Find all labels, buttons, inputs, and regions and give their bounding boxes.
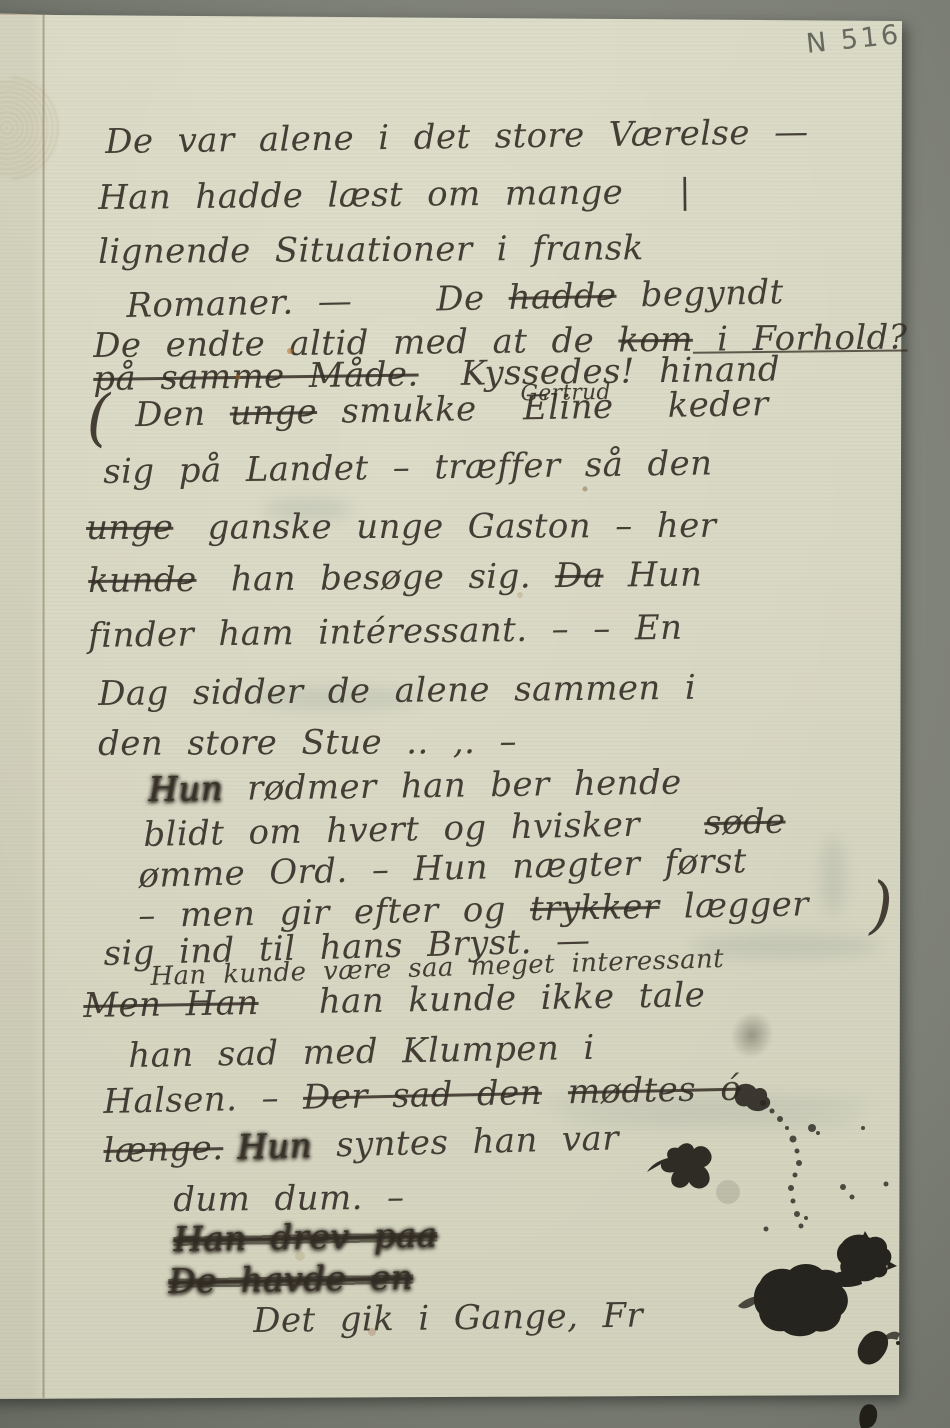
crossed-out-text: Da xyxy=(555,556,604,597)
manuscript-line: Romaner. — De hadde begyndt xyxy=(126,272,784,326)
handwriting-text: Den xyxy=(111,393,231,435)
manuscript-line: Hun rødmer han ber hende xyxy=(148,763,682,810)
crossed-out-text: hadde xyxy=(508,276,617,318)
handwriting-text: Han hadde læst om mange xyxy=(98,173,623,218)
handwriting-text: lignende Situationer i fransk xyxy=(98,228,644,272)
crossed-out-text: Men Han xyxy=(83,983,259,1026)
crossed-out-text: unge xyxy=(229,392,317,434)
manuscript-line: Det gik i Gange, Fr xyxy=(253,1296,643,1341)
crossed-out-text: længe. xyxy=(103,1128,224,1171)
handwriting-text: Hun xyxy=(148,769,223,810)
handwriting-text: finder ham intéressant. – – En xyxy=(88,608,683,656)
manuscript-line: Han hadde læst om mange| xyxy=(98,172,691,218)
manuscript-line: sig på Landet – træffer så den xyxy=(103,443,713,492)
handwriting-text: | xyxy=(679,172,691,212)
handwriting-text: ( xyxy=(86,381,112,454)
manuscript-line: Dag sidder de alene sammen i xyxy=(98,668,696,714)
handwriting-text: Det gik i Gange, Fr xyxy=(253,1296,643,1341)
handwriting-text: ganske unge Gaston – her xyxy=(183,506,716,548)
handwriting-text: De var alene i det store Værelse — xyxy=(105,112,809,162)
manuscript-line: den store Stue .. ,. – xyxy=(98,722,517,764)
manuscript-photo: De var alene i det store Værelse —Han ha… xyxy=(0,0,950,1428)
crossed-out-text: Der sad den xyxy=(303,1073,543,1118)
crossed-out-text: kunde xyxy=(88,560,197,601)
manuscript-line: dum dum. – xyxy=(173,1178,405,1220)
handwriting-text: Romaner. — xyxy=(126,281,377,326)
crossed-out-text: Han drev paa xyxy=(173,1215,438,1260)
handwriting-text: rødmer han ber hende xyxy=(223,763,682,809)
manuscript-line: finder ham intéressant. – – En xyxy=(88,608,683,656)
handwriting-text: syntes han var xyxy=(311,1118,619,1165)
manuscript-line: kunde han besøge sig. Da Hun xyxy=(88,555,703,601)
handwriting-text: lægger xyxy=(659,884,809,927)
handwriting-text: sig på Landet – træffer så den xyxy=(103,443,713,492)
handwriting-text: ) xyxy=(868,868,894,941)
manuscript-line: Halsen. – Der sad denmødtes ó xyxy=(103,1069,741,1122)
handwriting-text: han kunde ikke tale xyxy=(294,975,705,1022)
handwriting-text: han sad med Klumpen i xyxy=(128,1028,595,1076)
manuscript-line: unge ganske unge Gaston – her xyxy=(86,506,716,548)
handwriting-text: Hun xyxy=(603,555,702,596)
manuscript-line: Han drev paa xyxy=(173,1215,438,1260)
crossed-out-text: søde xyxy=(704,802,786,844)
crossed-out-text: unge xyxy=(86,508,173,548)
inserted-word: Gertrud xyxy=(520,380,611,407)
handwriting-text: smukke xyxy=(317,389,501,432)
manuscript-line: lignende Situationer i fransk xyxy=(98,228,644,272)
handwriting-text: Dag sidder de alene sammen i xyxy=(98,668,696,714)
manuscript-line: De havde en xyxy=(168,1258,413,1302)
handwriting-text: den store Stue .. ,. – xyxy=(98,722,517,764)
handwriting-text: De xyxy=(436,278,509,320)
crossed-out-text: De havde en xyxy=(168,1258,413,1302)
handwriting-layer: De var alene i det store Værelse —Han ha… xyxy=(0,0,950,1428)
manuscript-line: De var alene i det store Værelse — xyxy=(105,112,809,162)
handwriting-text: keder xyxy=(643,384,769,426)
handwriting-text: han besøge sig. xyxy=(206,556,555,600)
handwriting-text: begyndt xyxy=(616,272,784,315)
handwriting-text: Hun xyxy=(237,1126,313,1168)
handwriting-text: dum dum. – xyxy=(173,1178,405,1220)
handwriting-text: Halsen. – xyxy=(103,1078,303,1122)
manuscript-line: han sad med Klumpen i xyxy=(128,1028,595,1076)
crossed-out-text: mødtes ó xyxy=(568,1069,742,1113)
manuscript-line: længe.Hun syntes han var xyxy=(103,1118,619,1171)
